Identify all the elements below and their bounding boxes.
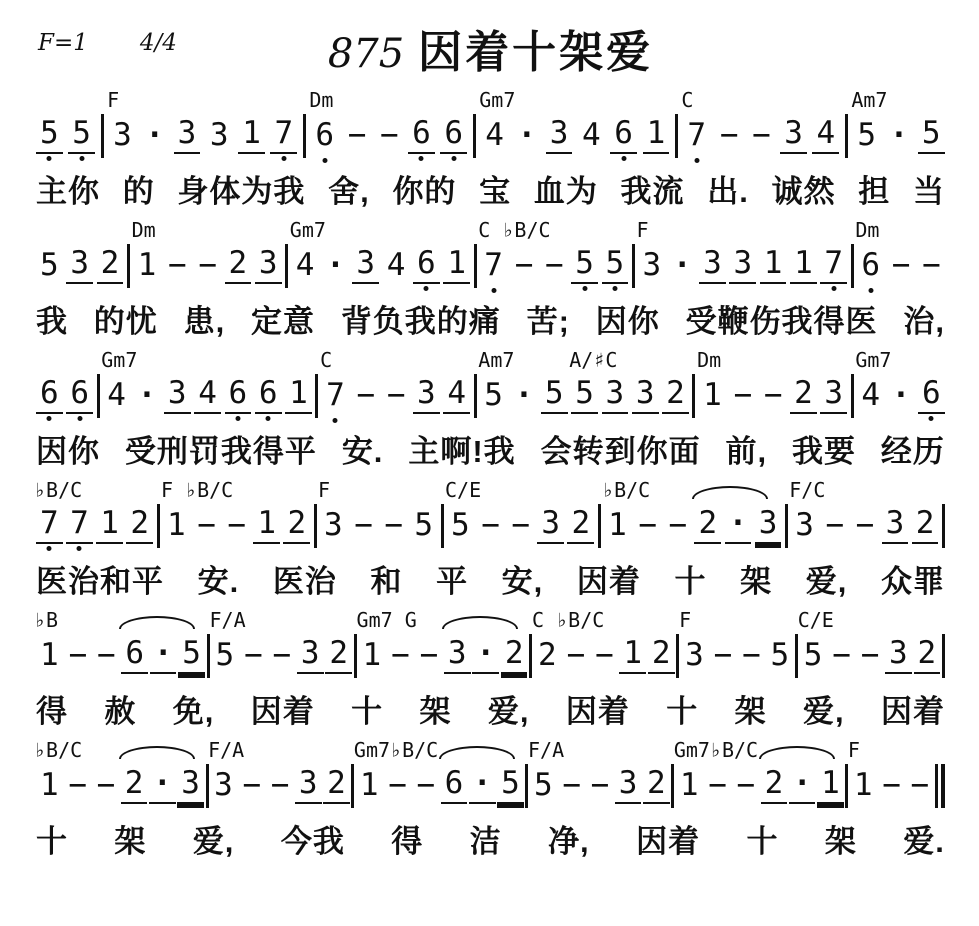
duration-dash: − [164, 244, 191, 284]
glyph: 1 [794, 244, 813, 282]
lyric-word: 安, [502, 556, 544, 601]
glyph: · [793, 764, 812, 802]
glyph: 2 [666, 374, 685, 412]
lyric-word: 架 [825, 816, 857, 861]
octave-dot [694, 158, 699, 163]
barline [671, 764, 674, 808]
chord-label: F [318, 480, 330, 500]
note-digit: 3F/C [791, 504, 818, 544]
glyph: · [729, 504, 748, 542]
chord-label: C ♭B/C [532, 610, 604, 630]
glyph: − [380, 116, 399, 154]
glyph: · [326, 246, 345, 284]
glyph: 5 [922, 114, 941, 152]
glyph: − [97, 636, 116, 674]
note-digit: 1Gm7♭B/C [356, 764, 383, 804]
glyph: 1 [40, 636, 59, 674]
lyric-word: 出. [707, 166, 749, 211]
note-digit: 3 [164, 374, 191, 414]
barline [598, 504, 601, 548]
note-digit: 6 [121, 634, 148, 674]
glyph: 2 [538, 636, 557, 674]
glyph: − [354, 506, 373, 544]
note-digit: 1 [619, 634, 646, 674]
lyric-word: 十 [36, 816, 68, 861]
lyric-word: 架 [735, 686, 767, 731]
octave-dot [451, 156, 456, 161]
note-digit: 3 [632, 374, 659, 414]
lyric-word: 十 [666, 686, 698, 731]
dotted-note-dot: · [789, 764, 816, 804]
note-digit: 5 [541, 374, 568, 414]
note-digit: 5F/A [212, 634, 239, 674]
glyph: − [388, 766, 407, 804]
glyph: − [356, 376, 375, 414]
note-digit: 4Gm7 [103, 374, 130, 414]
note-digit: 2 [648, 634, 675, 674]
duration-dash: − [194, 244, 221, 284]
note-digit: 6Dm [311, 114, 338, 154]
duration-dash: − [193, 504, 220, 544]
chord-label: ♭B [34, 610, 58, 630]
glyph: − [733, 376, 752, 414]
note-digit: 1Gm7♭B/C [676, 764, 703, 804]
lyric-word: 因你 [36, 426, 100, 471]
glyph: 3 [795, 506, 814, 544]
glyph: · [145, 116, 164, 154]
time-signature: 4/4 [140, 30, 177, 56]
glyph: 2 [229, 244, 248, 282]
glyph: · [138, 376, 157, 414]
notation-row: 7♭B/C7121F ♭B/C−−123F−−55C/E−−321♭B/C−−2… [36, 502, 945, 544]
chord-label: F/C [789, 480, 825, 500]
note-digit: 5 [410, 504, 437, 544]
barline [676, 634, 679, 678]
lyric-word: 当 [913, 166, 945, 211]
duration-dash: − [906, 764, 933, 804]
tie-arc [439, 746, 515, 759]
chord-label: C/E [798, 610, 834, 630]
glyph: 5 [804, 636, 823, 674]
duration-dash: − [93, 634, 120, 674]
octave-dot [79, 156, 84, 161]
glyph: 5 [545, 374, 564, 412]
note-digit: 7C [683, 114, 710, 154]
lyric-word: 舍, [328, 166, 370, 211]
note-digit: 3 [546, 114, 573, 154]
note-digit: 1Dm [699, 374, 726, 414]
duration-dash: − [415, 634, 442, 674]
glyph: 4 [447, 374, 466, 412]
lyric-word: 架 [740, 556, 772, 601]
glyph: · [673, 246, 692, 284]
chord-label: F/A [210, 610, 246, 630]
glyph: 3 [210, 116, 229, 154]
octave-dot [419, 156, 424, 161]
lyric-word: 你的 [392, 166, 456, 211]
note-digit: 7 [820, 244, 847, 284]
glyph: − [825, 506, 844, 544]
barline [692, 374, 695, 418]
note-digit: 6 [413, 244, 440, 284]
lyric-word: 血为 [534, 166, 598, 211]
barline [851, 374, 854, 418]
lyric-word: 诚然 [772, 166, 836, 211]
glyph: 1 [703, 376, 722, 414]
note-digit: 1F [850, 764, 877, 804]
glyph: 4 [816, 114, 835, 152]
octave-dot [582, 286, 587, 291]
chord-label: ♭B/C [34, 480, 82, 500]
tie-arc [119, 616, 195, 629]
lyric-word: 患, [184, 296, 226, 341]
note-digit: 2 [323, 764, 350, 804]
duration-dash: − [748, 114, 775, 154]
chord-label: Dm [309, 90, 333, 110]
glyph: 7 [687, 116, 706, 154]
notation-row: 664Gm7·346617C−−345Am7·55A/♯C3321Dm−−234… [36, 372, 945, 414]
glyph: 2 [652, 634, 671, 672]
note-digit: 1♭B [36, 634, 63, 674]
glyph: − [922, 246, 941, 284]
note-digit: 3F [320, 504, 347, 544]
note-digit: 7C ♭B/C [480, 244, 507, 284]
note-digit: 4Gm7 [481, 114, 508, 154]
lyric-word: 身体为我 [177, 166, 305, 211]
glyph: 7 [274, 114, 293, 152]
duration-dash: − [634, 504, 661, 544]
chord-label: A/♯C [569, 350, 617, 370]
octave-dot [266, 416, 271, 421]
octave-dot [47, 546, 52, 551]
duration-dash: − [591, 634, 618, 674]
notation-row: 1♭B/C−−2·33F/A−−321Gm7♭B/C−−6·55F/A−−321… [36, 762, 945, 804]
glyph: 3 [703, 244, 722, 282]
note-digit: 1Dm [134, 244, 161, 284]
glyph: 4 [387, 246, 406, 284]
note-digit: 6Dm [857, 244, 884, 284]
tie-arc [759, 746, 835, 759]
key-signature: F=1 [38, 30, 88, 56]
dotted-note-dot: · [725, 504, 752, 544]
lyric-word: 我要 [792, 426, 856, 471]
glyph: 3 [214, 766, 233, 804]
glyph: 3 [636, 374, 655, 412]
lyric-word: 安. [342, 426, 384, 471]
barline [851, 244, 854, 288]
note-digit: 1♭B/C [36, 764, 63, 804]
glyph: 3 [181, 764, 200, 802]
octave-dot [235, 416, 240, 421]
octave-dot [621, 156, 626, 161]
note-digit: 3F [639, 244, 666, 284]
chord-label: Gm7♭B/C [354, 740, 438, 760]
glyph: 3 [759, 504, 778, 542]
note-digit: 1♭B/C [604, 504, 631, 544]
glyph: 4 [582, 116, 601, 154]
lyric-word: 苦; [527, 296, 570, 341]
chord-label: Dm [132, 220, 156, 240]
barline [207, 634, 210, 678]
glyph: 5 [534, 766, 553, 804]
duration-dash: − [558, 764, 585, 804]
glyph: − [384, 506, 403, 544]
note-digit: 6 [440, 114, 467, 154]
barline [474, 374, 477, 418]
note-digit: 5C/E [447, 504, 474, 544]
chord-label: Gm7♭B/C [674, 740, 758, 760]
lyric-word: 的忧 [94, 296, 158, 341]
glyph: − [391, 636, 410, 674]
glyph: − [882, 766, 901, 804]
note-digit: 1 [643, 114, 670, 154]
glyph: 5 [216, 636, 235, 674]
barline [785, 504, 788, 548]
note-digit: 7 [270, 114, 297, 154]
note-digit: 2 [225, 244, 252, 284]
chord-label: Gm7 [855, 350, 891, 370]
glyph: 1 [289, 374, 308, 412]
lyric-word: 十 [675, 556, 707, 601]
dotted-note-dot: · [149, 764, 176, 804]
duration-dash: − [387, 634, 414, 674]
note-digit: 2 [325, 634, 352, 674]
chord-label: F/A [208, 740, 244, 760]
chord-label: ♭B/C [602, 480, 650, 500]
glyph: 1 [764, 244, 783, 282]
note-digit: 5Am7 [853, 114, 880, 154]
note-digit: 6 [918, 374, 945, 414]
glyph: − [416, 766, 435, 804]
lyric-word: 定意 [251, 296, 315, 341]
note-digit: 2 [643, 764, 670, 804]
glyph: − [720, 116, 739, 154]
glyph: − [348, 116, 367, 154]
lyrics-row: 因你受刑罚我得平安.主啊!我会转到你面前,我要经历 [36, 426, 945, 466]
octave-dot [424, 286, 429, 291]
glyph: − [638, 506, 657, 544]
glyph: 3 [417, 374, 436, 412]
system-5: 1♭B−−6·55F/A−−321Gm7 G−−3·22C ♭B/C−−123F… [36, 632, 945, 726]
note-digit: 3 [537, 504, 564, 544]
glyph: 6 [125, 634, 144, 672]
system-6: 1♭B/C−−2·33F/A−−321Gm7♭B/C−−6·55F/A−−321… [36, 762, 945, 856]
glyph: 4 [296, 246, 315, 284]
glyph: 6 [315, 116, 334, 154]
chord-label: F [637, 220, 649, 240]
barline [157, 504, 160, 548]
glyph: − [68, 766, 87, 804]
note-digit: 3 [297, 634, 324, 674]
chord-label: Am7 [478, 350, 514, 370]
glyph: − [168, 246, 187, 284]
glyph: 6 [922, 374, 941, 412]
note-digit: 3 [729, 244, 756, 284]
systems-container: 553F·33176Dm−−664Gm7·34617C−−345Am7·5主你的… [36, 112, 945, 856]
lyric-word: 因着 [251, 686, 315, 731]
glyph: 5 [182, 634, 201, 672]
glyph: − [244, 636, 263, 674]
glyph: − [861, 636, 880, 674]
dotted-note-dot: · [134, 374, 161, 414]
barline [845, 114, 848, 158]
lyric-word: 经历 [881, 426, 945, 471]
chord-label: F ♭B/C [161, 480, 233, 500]
note-digit: 3 [820, 374, 847, 414]
glyph: 1 [680, 766, 699, 804]
glyph: − [910, 766, 929, 804]
duration-dash: − [857, 634, 884, 674]
glyph: 3 [550, 114, 569, 152]
octave-dot [491, 288, 496, 293]
note-digit: 1 [285, 374, 312, 414]
glyph: 1 [608, 506, 627, 544]
lyric-word: 我 [36, 296, 68, 341]
glyph: 5 [575, 244, 594, 282]
glyph: 2 [125, 764, 144, 802]
lyric-word: 净, [548, 816, 590, 861]
duration-dash: − [541, 244, 568, 284]
tie-arc [119, 746, 195, 759]
chord-label: F/A [528, 740, 564, 760]
glyph: − [227, 506, 246, 544]
glyph: 6 [412, 114, 431, 152]
note-digit: 3F/A [210, 764, 237, 804]
glyph: 1 [360, 766, 379, 804]
glyph: 2 [287, 504, 306, 542]
duration-dash: − [64, 634, 91, 674]
barline [206, 764, 209, 808]
glyph: 3 [356, 244, 375, 282]
lyric-word: 宝 [479, 166, 511, 211]
dotted-note-dot: · [886, 114, 913, 154]
chord-label: Dm [697, 350, 721, 370]
note-digit: 3 [255, 244, 282, 284]
lyric-word: 主啊!我 [408, 426, 515, 471]
note-digit: 5F/A [530, 764, 557, 804]
glyph: − [198, 246, 217, 284]
note-digit: 5A/♯C [571, 374, 598, 414]
duration-dash: − [888, 244, 915, 284]
lyric-word: 医治 [273, 556, 337, 601]
lyrics-row: 我的忧患,定意背负我的痛苦;因你受鞭伤我得医治, [36, 296, 945, 336]
glyph: 6 [40, 374, 59, 412]
chord-label: F [848, 740, 860, 760]
glyph: 5 [72, 114, 91, 152]
glyph: − [567, 636, 586, 674]
barline [101, 114, 104, 158]
glyph: · [892, 376, 911, 414]
lyric-word: 赦 [104, 686, 136, 731]
duration-dash: − [729, 374, 756, 414]
glyph: 3 [685, 636, 704, 674]
glyph: − [515, 246, 534, 284]
barline [354, 634, 357, 678]
chord-label: Gm7 [290, 220, 326, 240]
system-2: 5321Dm−−234Gm7·34617C ♭B/C−−553F·331176D… [36, 242, 945, 336]
barline [303, 114, 306, 158]
glyph: − [595, 636, 614, 674]
note-digit: 2 [126, 504, 153, 544]
lyric-word: 受鞭伤我得医 [686, 296, 878, 341]
glyph: 4 [485, 116, 504, 154]
duration-dash: − [93, 764, 120, 804]
glyph: − [481, 506, 500, 544]
note-digit: 2 [912, 504, 939, 544]
duration-dash: − [223, 504, 250, 544]
glyph: 7 [824, 244, 843, 282]
chord-label: ♭B/C [34, 740, 82, 760]
glyph: 5 [414, 506, 433, 544]
duration-dash: − [586, 764, 613, 804]
lyric-word: 爱, [803, 686, 845, 731]
glyph: 3 [541, 504, 560, 542]
glyph: 6 [614, 114, 633, 152]
note-digit: 3 [174, 114, 201, 154]
note-digit: 2 [790, 374, 817, 414]
glyph: 5 [770, 636, 789, 674]
note-digit: 3 [602, 374, 629, 414]
note-digit: 2 [283, 504, 310, 544]
note-digit: 2 [121, 764, 148, 804]
duration-dash: − [738, 634, 765, 674]
note-digit: 1 [238, 114, 265, 154]
glyph: − [197, 506, 216, 544]
note-digit: 1Gm7 G [359, 634, 386, 674]
system-4: 7♭B/C7121F ♭B/C−−123F−−55C/E−−321♭B/C−−2… [36, 502, 945, 596]
note-digit: 5 [68, 114, 95, 154]
lyrics-row: 主你的身体为我舍,你的宝血为我流出.诚然担当 [36, 166, 945, 206]
glyph: 3 [299, 764, 318, 802]
octave-dot [831, 286, 836, 291]
note-digit: 4Gm7 [857, 374, 884, 414]
duration-dash: − [716, 114, 743, 154]
glyph: 5 [575, 374, 594, 412]
chord-label: C ♭B/C [478, 220, 550, 240]
glyph: 1 [257, 504, 276, 542]
glyph: 3 [178, 114, 197, 152]
glyph: 6 [861, 246, 880, 284]
note-digit: 2 [662, 374, 689, 414]
note-digit: 5 [571, 244, 598, 284]
note-digit: 4 [443, 374, 470, 414]
glyph: 1 [138, 246, 157, 284]
glyph: 2 [794, 374, 813, 412]
glyph: 1 [40, 766, 59, 804]
lyric-word: 和 [370, 556, 402, 601]
octave-dot [77, 416, 82, 421]
note-digit: 2 [761, 764, 788, 804]
duration-dash: − [240, 634, 267, 674]
lyric-word: 架 [420, 686, 452, 731]
dotted-note-dot: · [322, 244, 349, 284]
glyph: 2 [327, 764, 346, 802]
note-digit: 5 [178, 634, 205, 674]
lyrics-row: 医治和平安.医治和平安,因着十架爱,众罪 [36, 556, 945, 596]
glyph: 5 [451, 506, 470, 544]
note-digit: 3 [66, 244, 93, 284]
glyph: 7 [484, 246, 503, 284]
chord-label: Am7 [851, 90, 887, 110]
glyph: − [387, 376, 406, 414]
note-digit: 6 [408, 114, 435, 154]
note-digit: 3 [780, 114, 807, 154]
barline [314, 504, 317, 548]
barline [285, 244, 288, 288]
duration-dash: − [268, 634, 295, 674]
glyph: 2 [329, 634, 348, 672]
duration-dash: − [380, 504, 407, 544]
